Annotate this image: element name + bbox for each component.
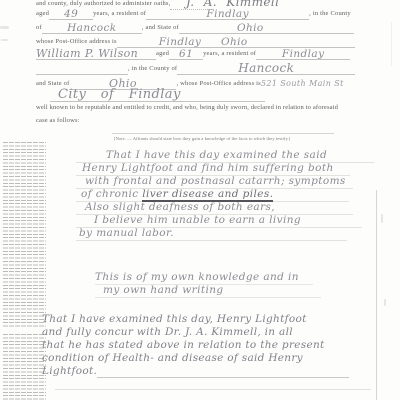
form-row-affiant2-name-age: William P. Wilsonaged61years, a resident…	[36, 47, 350, 60]
scanned-affidavit-page: and county, duly authorized to administe…	[0, 0, 400, 400]
scan-edge-mark	[381, 214, 383, 223]
sworn-clause-line1: well known to be reputable and entitled …	[36, 104, 368, 111]
scan-smudge	[1, 39, 8, 41]
po-address-label: whose Post-Office address is	[36, 38, 117, 45]
affiant1-age-entry: 49	[64, 8, 78, 20]
testimony-line: I believe him unable to earn a living	[76, 214, 362, 228]
statement-line: This is of my own knowledge and in	[95, 271, 313, 285]
aged-label: aged	[36, 10, 49, 17]
affiant2-residence-entry: Findlay	[282, 48, 324, 60]
bottom-rule	[55, 389, 371, 390]
affiant2-county-blank: Hancock	[177, 62, 355, 75]
affiant1-residence-entry: Findlay	[206, 8, 248, 20]
form-row-affiant1-county-state: ofHancock, and State ofOhio	[36, 21, 354, 34]
affiant2-residence-blank: Findlay	[256, 47, 350, 60]
po-address-label-2: , whose Post-Office address is	[176, 80, 260, 87]
trailing-blank-line	[97, 366, 349, 378]
years-resident-label: years, a resident of	[93, 10, 146, 17]
concur-line: That I have examined this day, Henry Lig…	[42, 313, 376, 326]
affiant1-state-entry: Ohio	[179, 22, 264, 34]
concur-line-last: Lightfoot.	[42, 365, 376, 378]
statement-line: my own hand writing	[95, 284, 321, 298]
form-row-affiant2-city: City of Findlay	[50, 87, 265, 100]
testimony-line-start: of chronic	[81, 188, 139, 200]
affiant2-name-blank: William P. Wilson	[36, 47, 156, 60]
affiant1-county-blank: Hancock	[42, 21, 142, 34]
scan-smudge	[0, 26, 9, 29]
emphasized-diagnosis: liver disease and piles.	[142, 188, 273, 202]
affiant2-city-entry: City of Findlay	[50, 87, 181, 102]
testimony-line: with frontal and postnasal catarrh; symp…	[76, 175, 353, 189]
testimony-line: Henry Lightfoot and find him suffering b…	[76, 162, 350, 176]
concur-line: condition of Health- and disease of said…	[42, 352, 376, 365]
affiant1-age-blank: 49	[49, 7, 93, 20]
form-row-affiant2-county: , in the County ofHancock	[36, 62, 355, 75]
sworn-clause-line2: case as follows:	[36, 117, 368, 124]
affiant2-po-entry: 521 South Main St	[261, 79, 344, 88]
and-state-label: , and State of	[142, 24, 179, 31]
in-county-label: , in the County	[309, 10, 351, 17]
margin-fine-print-note	[2, 334, 46, 400]
empty-blank	[36, 62, 128, 75]
note-rule	[112, 133, 334, 134]
concur-line: that he has stated above in relation to …	[42, 339, 376, 352]
years-resident-label-2: years, a resident of	[203, 50, 256, 57]
affiant1-state-blank: Ohio	[179, 21, 354, 34]
affiant2-age-blank: 61	[169, 47, 203, 60]
concur-line: and fully concur with Dr. J. A. Kimmell,…	[42, 326, 376, 339]
scan-fold-line	[376, 190, 377, 400]
oath-clause-text: and county, duly authorized to administe…	[36, 0, 170, 7]
testimony-line: Also slight deafness of both ears,	[76, 201, 353, 215]
in-county-of-label: , in the County of	[128, 65, 177, 72]
concur-line-text: Lightfoot.	[42, 365, 97, 377]
affiant2-city-blank: City of Findlay	[50, 87, 265, 102]
testimony-line-emphasis: of chronic liver disease and piles.	[76, 188, 349, 202]
testimony-line: by manual labor.	[76, 227, 347, 241]
affiant2-name-entry: William P. Wilson	[36, 47, 138, 60]
affiant1-county-entry: Hancock	[67, 22, 116, 34]
aged-label-2: aged	[156, 50, 169, 57]
margin-fine-print-instructions	[2, 142, 46, 327]
affiant2-age-entry: 61	[179, 48, 193, 60]
form-row-affiant1-age-residence: aged49years, a resident ofFindlay, in th…	[36, 7, 351, 20]
testimony-line: That I have this day examined the said	[76, 149, 374, 163]
scan-edge-mark	[384, 299, 386, 306]
and-state-label-2: and State of	[36, 80, 69, 87]
affiant1-residence-blank: Findlay	[146, 7, 309, 20]
scan-edge-mark	[391, 22, 392, 66]
affiant2-county-entry: Hancock	[238, 61, 294, 75]
bracket-note: [Note. — Affiants should state how they …	[114, 136, 290, 141]
